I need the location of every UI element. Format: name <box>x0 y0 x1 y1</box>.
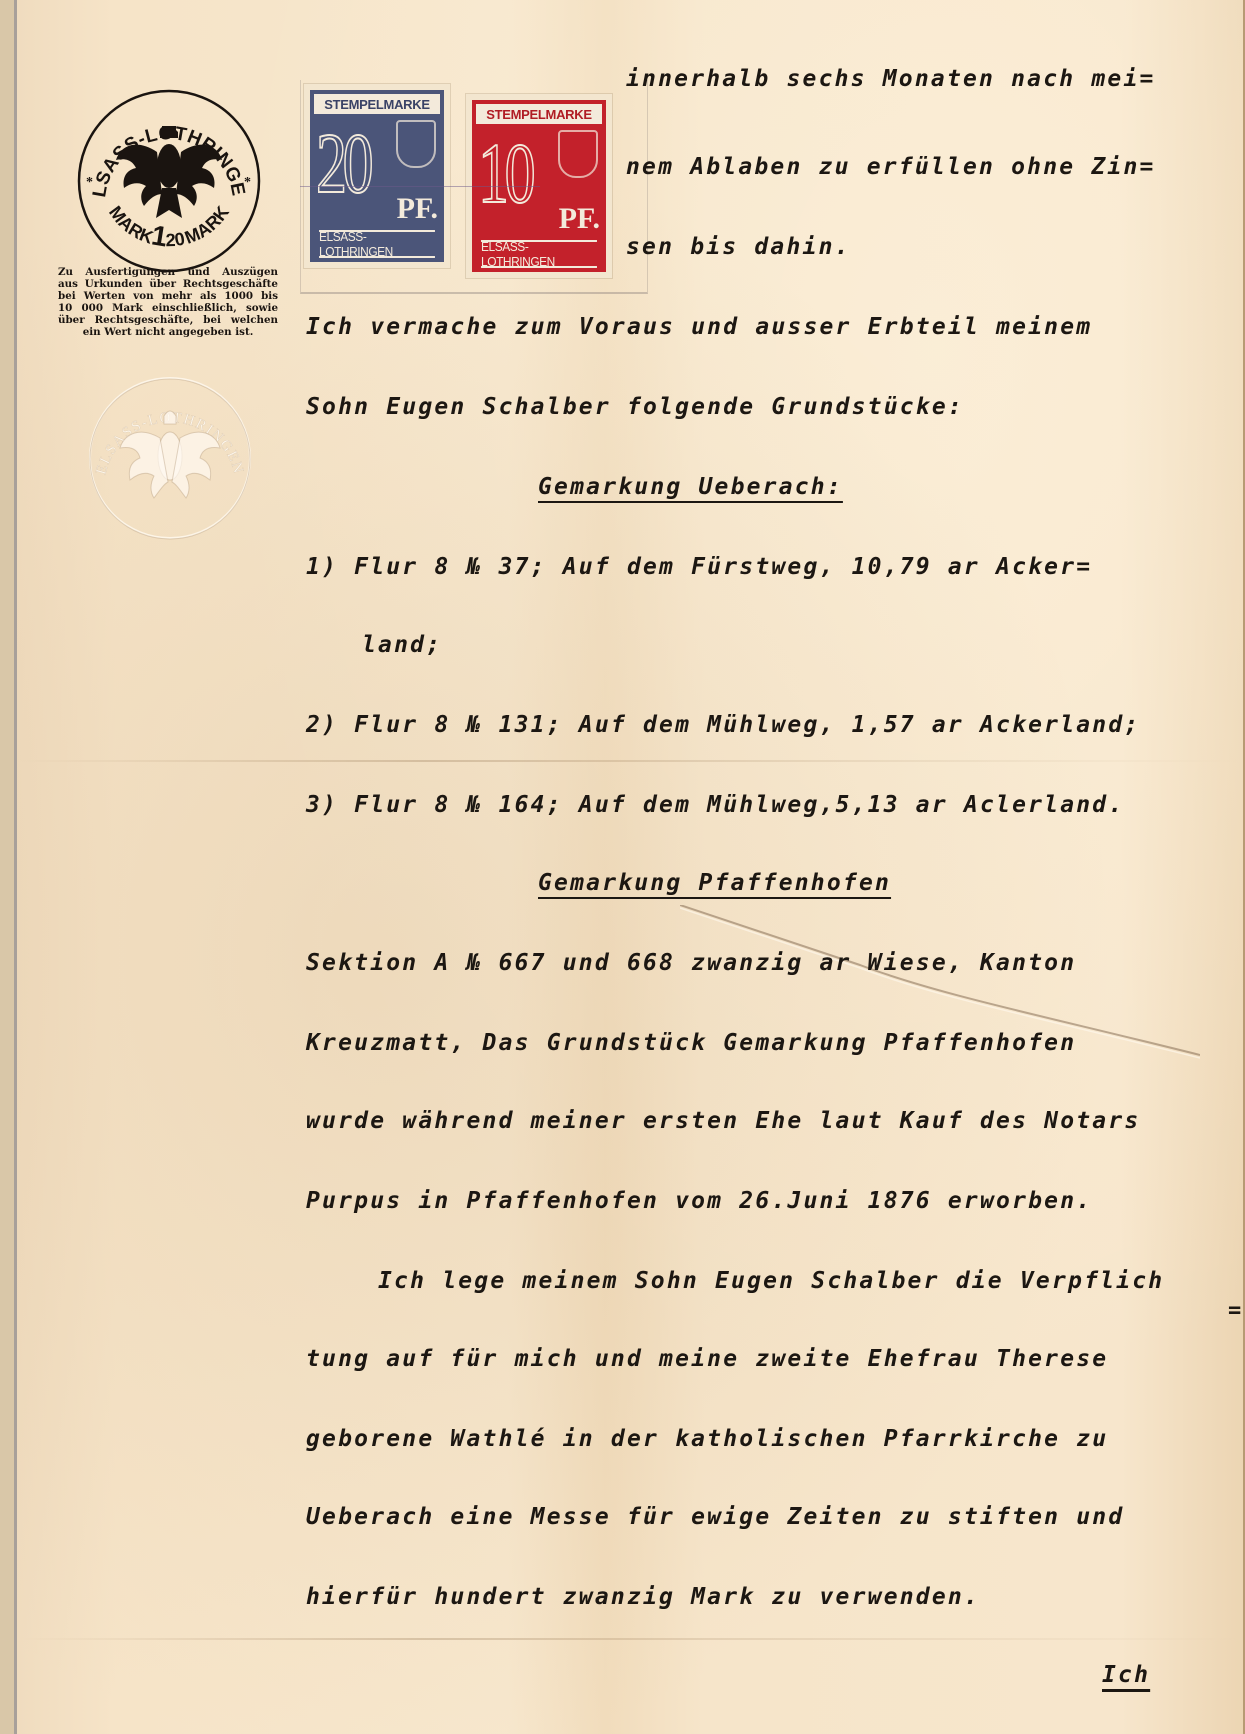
stamp-footer: ELSASS-LOTHRINGEN <box>481 240 597 268</box>
text-line: Ich vermache zum Voraus und ausser Erbte… <box>306 314 1092 340</box>
embossed-seal: ELSASS-LOTHRINGEN <box>84 372 256 544</box>
paper-fold <box>17 760 1243 762</box>
tax-seal-note: Zu Ausfertigungen und Auszügen aus Urkun… <box>58 266 278 338</box>
text-line: Kreuzmatt, Das Grundstück Gemarkung Pfaf… <box>306 1030 1076 1056</box>
hyphen-mark: = <box>1228 1298 1241 1323</box>
stamp-header: STEMPELMARKE <box>314 94 440 114</box>
text-line: land; <box>362 632 442 658</box>
stamp-20pf: STEMPELMARKE 20 PF. ELSASS-LOTHRINGEN <box>304 84 450 268</box>
text-line: 1) Flur 8 № 37; Auf dem Fürstweg, 10,79 … <box>306 554 1092 580</box>
text-line: geborene Wathlé in der katholischen Pfar… <box>306 1426 1108 1452</box>
text-line: 2) Flur 8 № 131; Auf dem Mühlweg, 1,57 a… <box>306 712 1140 738</box>
stamp-value: 20 <box>316 120 369 206</box>
section-heading-pfaffenhofen: Gemarkung Pfaffenhofen <box>538 870 891 896</box>
stamp-header: STEMPELMARKE <box>476 104 602 124</box>
stamp-unit: PF. <box>397 192 438 226</box>
stamp-unit: PF. <box>559 202 600 236</box>
stamp-footer: ELSASS-LOTHRINGEN <box>319 230 435 258</box>
continuation-word: Ich <box>1102 1662 1150 1688</box>
text-line: innerhalb sechs Monaten nach mei= <box>626 66 1156 92</box>
section-heading-ueberach: Gemarkung Ueberach: <box>538 474 843 500</box>
text-line: 3) Flur 8 № 164; Auf dem Mühlweg,5,13 ar… <box>306 792 1124 818</box>
paper-fold <box>17 1638 1243 1640</box>
text-line: Sohn Eugen Schalber folgende Grundstücke… <box>306 394 964 420</box>
text-line: Ueberach eine Messe für ewige Zeiten zu … <box>306 1504 1124 1530</box>
stamp-value: 10 <box>478 130 531 216</box>
coat-of-arms-icon <box>558 130 598 178</box>
text-line: sen bis dahin. <box>626 234 851 260</box>
text-line: wurde während meiner ersten Ehe laut Kau… <box>306 1108 1140 1134</box>
coat-of-arms-icon <box>396 120 436 168</box>
text-line: Sektion A № 667 und 668 zwanzig ar Wiese… <box>306 950 1076 976</box>
text-line: Ich lege meinem Sohn Eugen Schalber die … <box>378 1268 1164 1294</box>
text-line: hierfür hundert zwanzig Mark zu verwende… <box>306 1584 980 1610</box>
star-icon: * <box>86 175 93 190</box>
cancellation-line <box>300 186 540 187</box>
text-line: nem Ablaben zu erfüllen ohne Zin= <box>626 154 1156 180</box>
tax-seal-emblem: ELSASS-LOTHRINGEN MARK120MARK * * <box>76 88 262 274</box>
text-line: Purpus in Pfaffenhofen vom 26.Juni 1876 … <box>306 1188 1092 1214</box>
star-icon: * <box>244 175 251 190</box>
text-line: tung auf für mich und meine zweite Ehefr… <box>306 1346 1108 1372</box>
